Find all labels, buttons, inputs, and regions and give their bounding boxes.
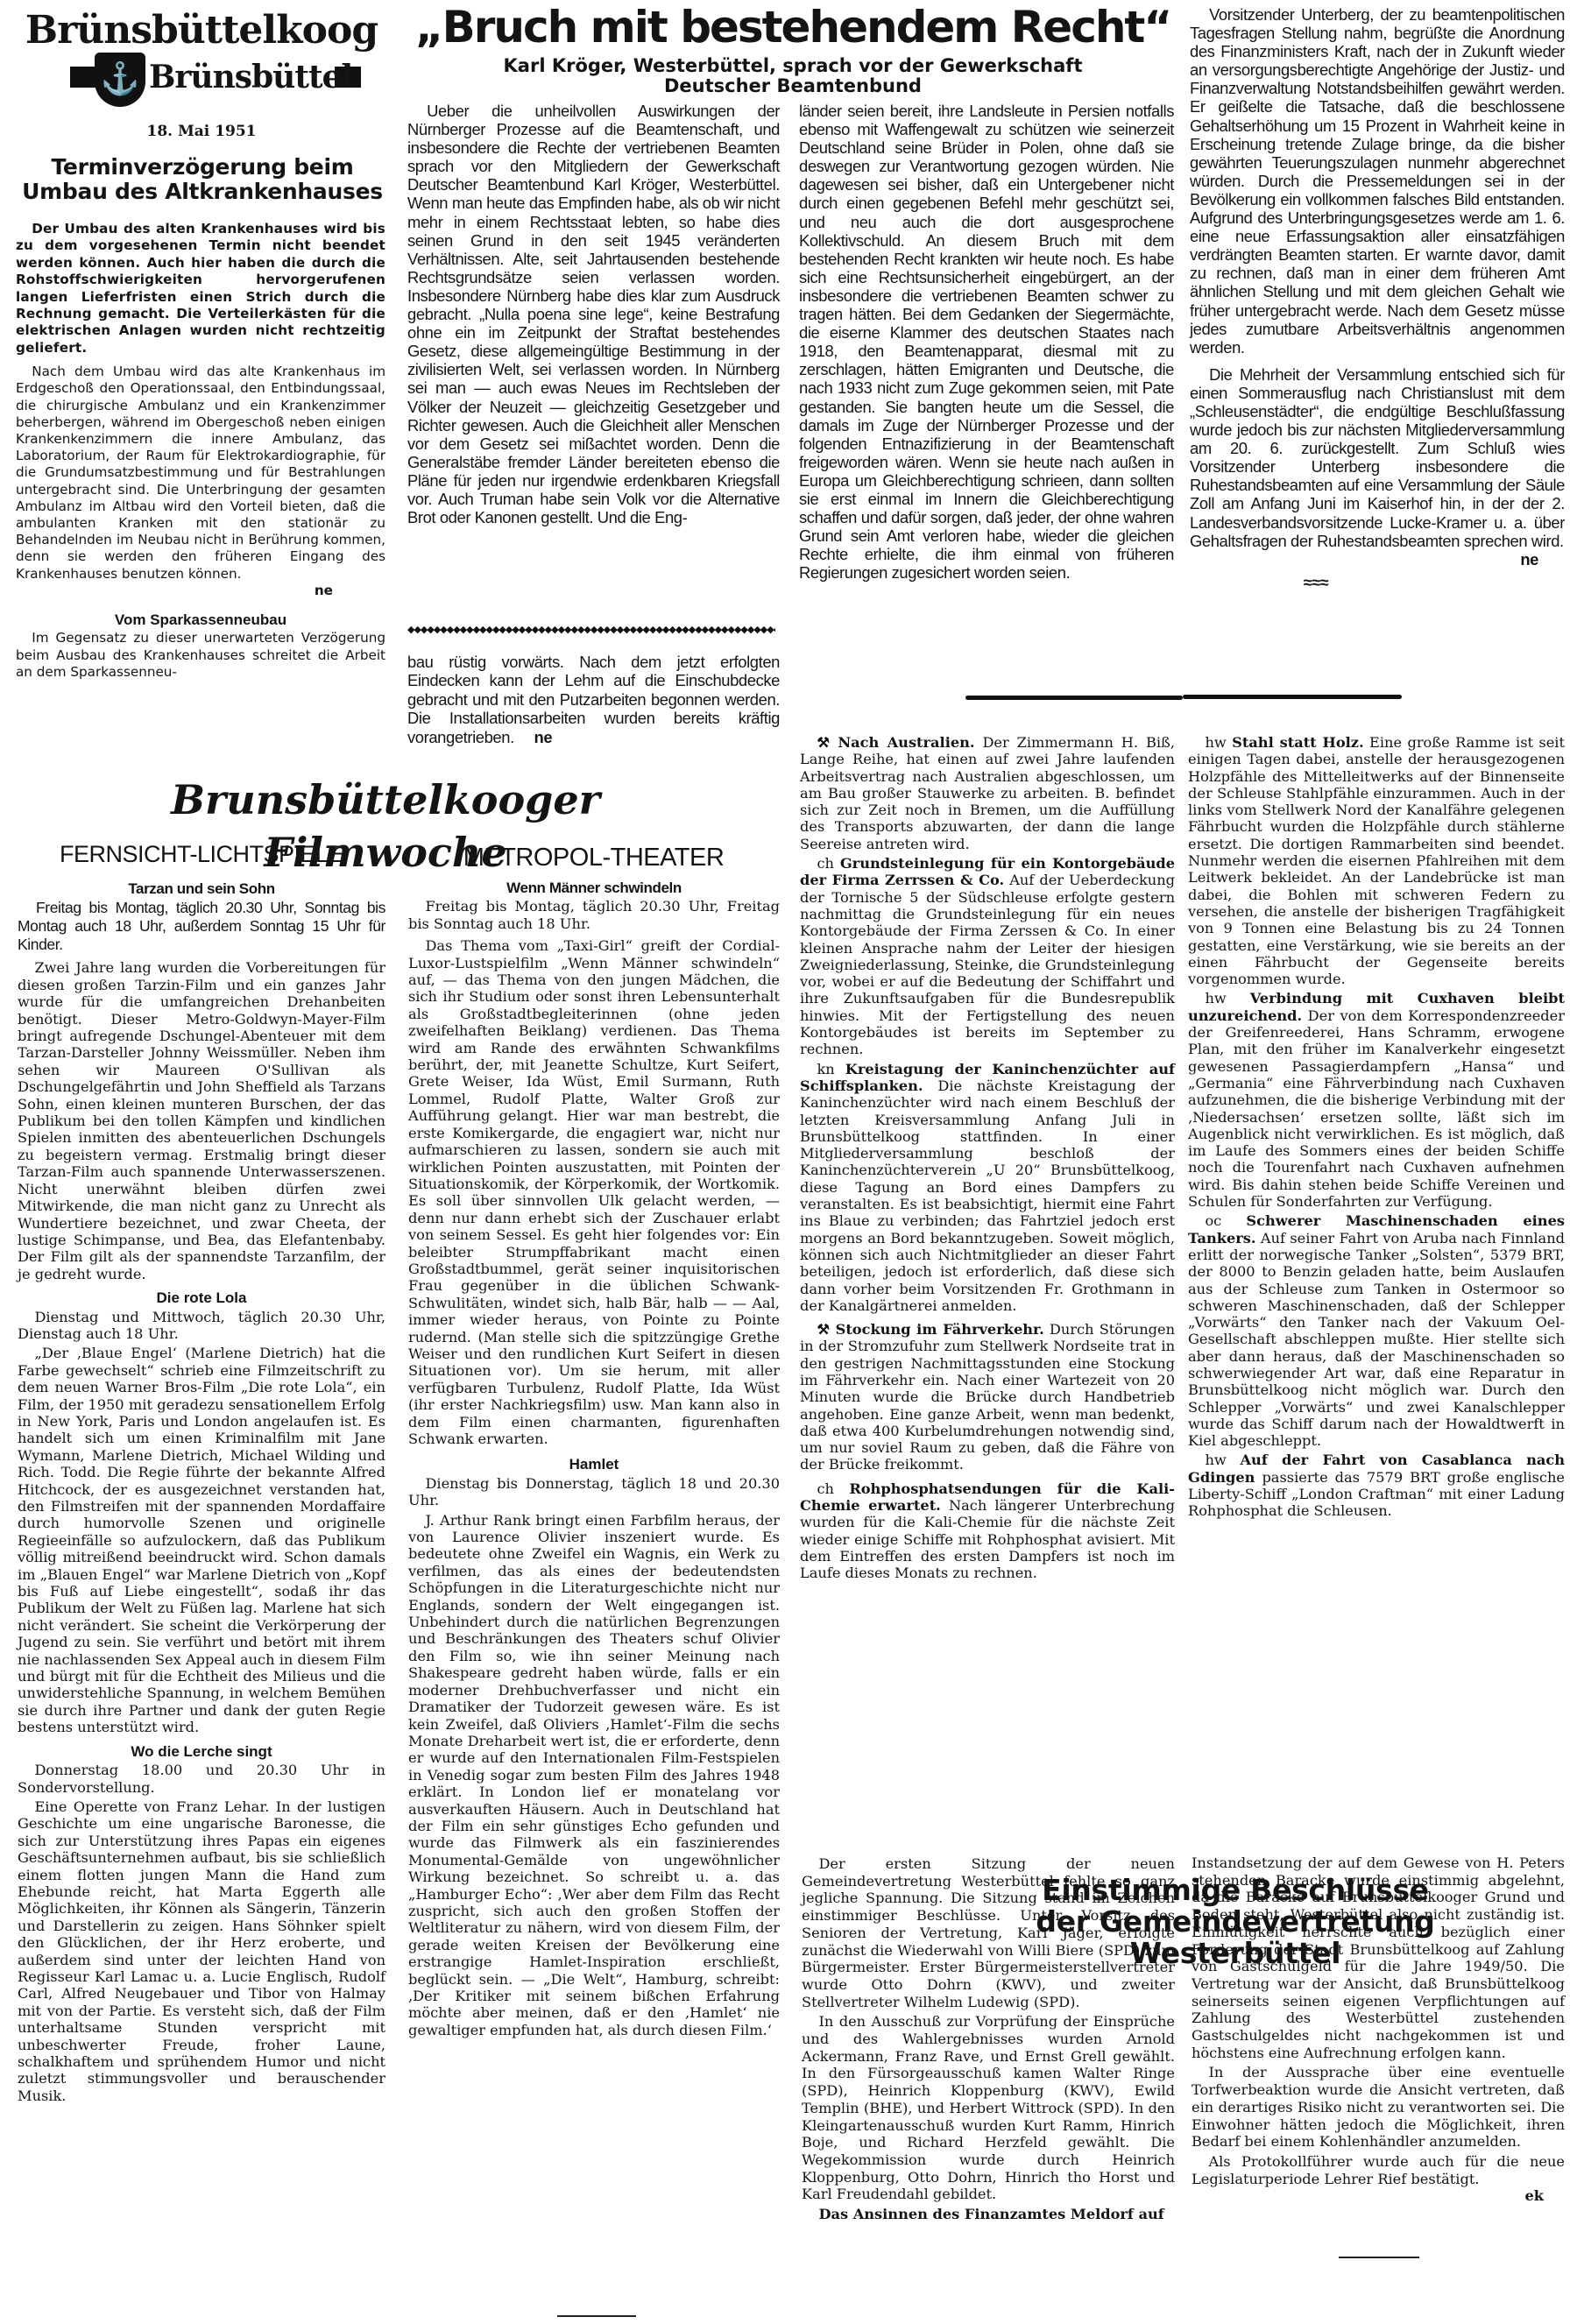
hospital-headline: Terminverzögerung beim Umbau des Altkran… xyxy=(14,155,391,204)
sparkasse-body-1: Im Gegensatz zu dieser unerwarteten Verz… xyxy=(16,630,385,681)
westerbuettel-column-2: Instandsetzung der auf dem Gewese von H.… xyxy=(1192,1854,1565,2205)
westerbuettel-signature: ek xyxy=(1192,2187,1565,2205)
film-title: Wenn Männer schwindeln xyxy=(408,879,780,896)
fernsicht-cinema-name: FERNSICHT-LICHTSPIELE xyxy=(16,841,387,868)
masthead-town-1: Brünsbüttelkoog xyxy=(18,9,385,53)
diamond-ornament-divider: ◆◆◆◆◆◆◆◆◆◆◆◆◆◆◆◆◆◆◆◆◆◆◆◆◆◆◆◆◆◆◆◆◆◆◆◆◆◆◆◆… xyxy=(407,624,775,635)
news-item-body: Durch Störungen in der Stromzufuhr zum S… xyxy=(800,1321,1175,1473)
news-item: oc Schwerer Maschinenschaden eines Tanke… xyxy=(1188,1212,1565,1449)
news-item-body: Auf seiner Fahrt von Aruba nach Finnland… xyxy=(1188,1230,1565,1450)
wave-ornament: ≈≈≈ xyxy=(1190,574,1565,592)
news-item-body: Auf der Ueberdeckung der Tornische 5 der… xyxy=(800,872,1175,1057)
recht-column-1: Ueber die unheilvollen Auswirkungen der … xyxy=(407,102,780,526)
metropol-column: Wenn Männer schwindeln Freitag bis Monta… xyxy=(408,879,780,2038)
author-kicker: hw xyxy=(1205,1452,1226,1468)
fernsicht-column: Tarzan und sein Sohn Freitag bis Montag,… xyxy=(18,880,385,2104)
film-schedule: Freitag bis Montag, täglich 20.30 Uhr, S… xyxy=(18,899,385,954)
film-title: Hamlet xyxy=(408,1456,780,1473)
author-kicker: hw xyxy=(1205,990,1226,1007)
film-description: J. Arthur Rank bringt einen Farbfilm her… xyxy=(408,1512,780,2039)
news-item: ch Rohphosphatsendungen für die Kali-Che… xyxy=(800,1480,1175,1582)
film-title: Die rote Lola xyxy=(18,1289,385,1306)
metropol-end-rule xyxy=(557,2315,636,2317)
westerbuettel-column-1: Der ersten Sitzung der neuen Gemeindever… xyxy=(802,1855,1175,2223)
issue-date: 18. Mai 1951 xyxy=(18,123,385,140)
news-item: ch Grundsteinlegung für ein Kontorgebäud… xyxy=(800,855,1175,1058)
film-description: Zwei Jahre lang wurden die Vorbereitunge… xyxy=(18,959,385,1282)
film-schedule: Dienstag bis Donnerstag, täglich 18 und … xyxy=(408,1475,780,1509)
news-item-title: Stahl statt Holz. xyxy=(1232,734,1363,751)
sparkasse-subhead: Vom Sparkassenneubau xyxy=(16,611,385,628)
news-item-title: Nach Australien. xyxy=(838,734,974,751)
hospital-article: Der Umbau des alten Krankenhauses wird b… xyxy=(16,221,385,681)
recht-column-2: länder seien bereit, ihre Landsleute in … xyxy=(799,102,1174,582)
news-item-body: Die nächste Kreistagung der Kaninchenzüc… xyxy=(800,1077,1175,1314)
news-item: hw Stahl statt Holz. Eine große Ramme is… xyxy=(1188,734,1565,987)
masthead: Brünsbüttelkoog ⚓ Brünsbüttel 18. Mai 19… xyxy=(18,9,385,140)
sparkasse-signature: ne xyxy=(534,728,553,746)
author-kicker: hw xyxy=(1205,734,1226,751)
film-description: „Der ‚Blaue Engel‘ (Marlene Dietrich) ha… xyxy=(18,1345,385,1735)
news-item-body: Der von dem Korrespondenzreeder der Grei… xyxy=(1188,1007,1565,1210)
film-schedule: Dienstag und Mittwoch, täglich 20.30 Uhr… xyxy=(18,1309,385,1343)
news-item: ⚒ Nach Australien. Der Zimmermann H. Biß… xyxy=(800,734,1175,852)
recht-column-3: Vorsitzender Unterberg, der zu beamtenpo… xyxy=(1190,5,1565,592)
westerbuettel-end-rule xyxy=(1339,2257,1419,2258)
crossed-hammers-icon: ⚒ xyxy=(817,734,838,751)
sparkasse-continued: bau rüstig vorwärts. Nach dem jetzt erfo… xyxy=(407,653,780,746)
local-news-column-1: ⚒ Nach Australien. Der Zimmermann H. Biß… xyxy=(800,734,1175,1582)
news-item: ⚒ Stockung im Fährverkehr. Durch Störung… xyxy=(800,1321,1175,1473)
news-item-title: Stockung im Fährverkehr. xyxy=(836,1321,1044,1338)
anchor-crest-icon: ⚓ xyxy=(95,53,145,107)
film-schedule: Donnerstag 18.00 und 20.30 Uhr in Sonder… xyxy=(18,1762,385,1796)
author-kicker: oc xyxy=(1205,1212,1221,1229)
metropol-cinema-name: METROPOL-THEATER xyxy=(407,844,780,872)
film-title: Tarzan und sein Sohn xyxy=(18,880,385,897)
news-item-body: Eine große Ramme ist seit einigen Tagen … xyxy=(1188,734,1565,987)
hospital-body: Nach dem Umbau wird das alte Krankenhaus… xyxy=(16,364,385,583)
news-item-body: Der Zimmermann H. Biß, Lange Reihe, hat … xyxy=(800,734,1175,852)
author-kicker: ch xyxy=(817,855,834,872)
recht-subheadline: Karl Kröger, Westerbüttel, sprach vor de… xyxy=(399,56,1187,96)
film-description: Eine Operette von Franz Lehar. In der lu… xyxy=(18,1798,385,2104)
masthead-row-2: ⚓ Brünsbüttel xyxy=(18,53,385,102)
recht-signature: ne xyxy=(1190,550,1565,569)
author-kicker: ch xyxy=(817,1480,834,1497)
hospital-lead: Der Umbau des alten Krankenhauses wird b… xyxy=(16,221,385,357)
local-news-column-2: hw Stahl statt Holz. Eine große Ramme is… xyxy=(1188,734,1565,1520)
news-item: kn Kreistagung der Kaninchenzüchter auf … xyxy=(800,1061,1175,1314)
author-kicker: kn xyxy=(817,1061,834,1077)
section-rule-mid xyxy=(965,696,1183,700)
section-rule-right xyxy=(1183,695,1402,699)
hospital-signature: ne xyxy=(16,583,385,599)
film-description: Das Thema vom „Taxi-Girl“ greift der Cor… xyxy=(408,937,780,1447)
recht-headline: „Bruch mit bestehendem Recht“ xyxy=(399,2,1187,53)
news-item: hw Verbindung mit Cuxhaven bleibt unzure… xyxy=(1188,990,1565,1210)
film-title: Wo die Lerche singt xyxy=(18,1743,385,1760)
masthead-town-2: Brünsbüttel xyxy=(149,54,352,100)
news-item: hw Auf der Fahrt von Casablanca nach Gdi… xyxy=(1188,1452,1565,1519)
crossed-hammers-icon: ⚒ xyxy=(817,1321,835,1338)
film-schedule: Freitag bis Montag, täglich 20.30 Uhr, F… xyxy=(408,898,780,932)
